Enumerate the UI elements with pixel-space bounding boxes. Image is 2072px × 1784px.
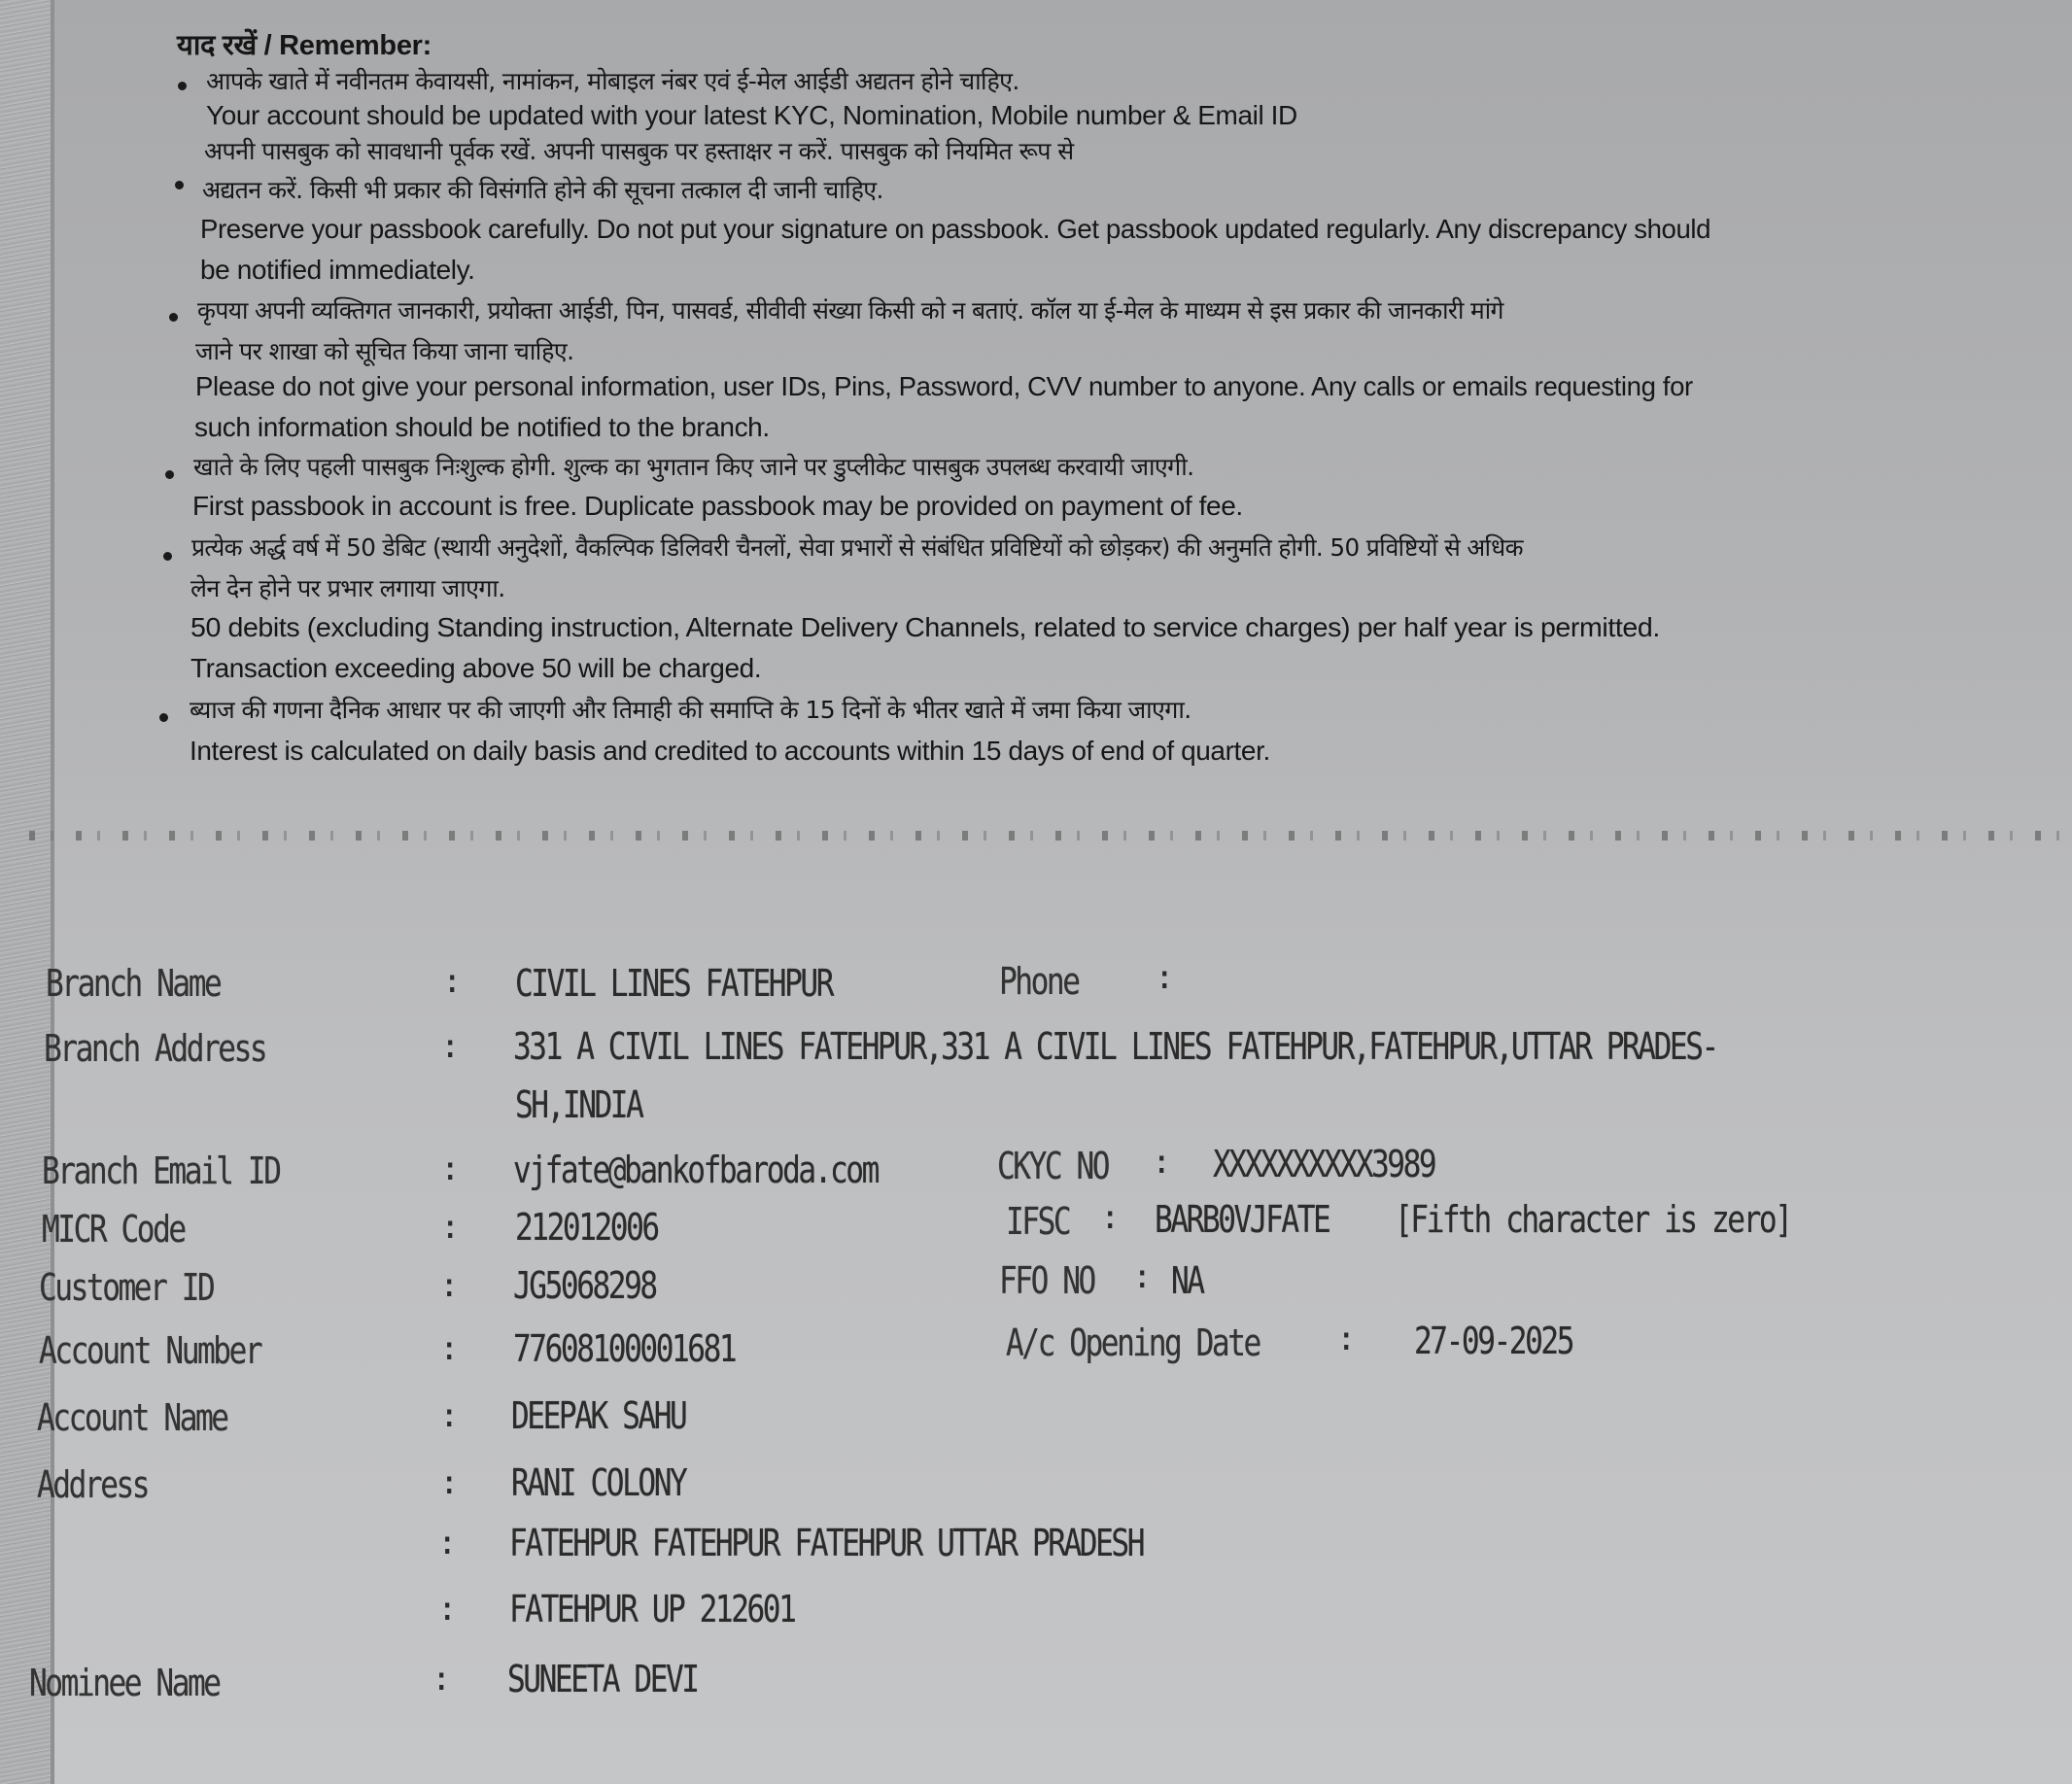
- separator: :: [439, 1463, 459, 1502]
- branch-email-value: vjfate@bankofbaroda.com: [513, 1149, 878, 1191]
- ffo-value: NA: [1171, 1259, 1203, 1302]
- opening-date-label: A/c Opening Date: [1006, 1321, 1260, 1364]
- separator: :: [442, 962, 462, 1001]
- branch-name-label: Branch Name: [46, 962, 220, 1005]
- branch-address-value-2: SH,INDIA: [515, 1083, 641, 1126]
- bullet-icon: [159, 713, 168, 722]
- notice-item-2-english-1: Preserve your passbook carefully. Do not…: [200, 214, 1710, 245]
- separator: :: [440, 1027, 460, 1066]
- bullet-icon: [165, 470, 174, 479]
- customer-id-value: JG5068298: [513, 1264, 656, 1307]
- perforation-line: [29, 831, 2070, 841]
- account-name-value: DEEPAK SAHU: [511, 1394, 685, 1437]
- separator: :: [440, 1208, 460, 1247]
- account-number-value: 77608100001681: [513, 1327, 735, 1370]
- notice-item-2-english-2: be notified immediately.: [200, 255, 474, 286]
- bullet-icon: [169, 313, 178, 322]
- notice-item-5-hindi-1: प्रत्येक अर्द्ध वर्ष में 50 डेबिट (स्थाय…: [191, 531, 1523, 564]
- separator: :: [437, 1524, 457, 1562]
- address-line-1: RANI COLONY: [511, 1461, 685, 1504]
- branch-name-value: CIVIL LINES FATEHPUR: [515, 962, 832, 1005]
- notice-item-1-hindi: आपके खाते में नवीनतम केवायसी, नामांकन, म…: [206, 64, 1019, 97]
- ifsc-note: [Fifth character is zero]: [1395, 1198, 1791, 1241]
- bullet-icon: [175, 181, 184, 189]
- address-line-2: FATEHPUR FATEHPUR FATEHPUR UTTAR PRADESH: [509, 1522, 1143, 1564]
- ckyc-label: CKYC NO: [997, 1145, 1108, 1187]
- separator: :: [1152, 1143, 1171, 1182]
- branch-address-value-1: 331 A CIVIL LINES FATEHPUR,331 A CIVIL L…: [513, 1025, 1717, 1068]
- separator: :: [1132, 1257, 1152, 1296]
- separator: :: [432, 1660, 451, 1698]
- account-number-label: Account Number: [39, 1329, 260, 1372]
- notice-item-2-hindi-1: अपनी पासबुक को सावधानी पूर्वक रखें. अपनी…: [204, 134, 1074, 167]
- micr-value: 212012006: [515, 1206, 658, 1249]
- notice-item-4-english: First passbook in account is free. Dupli…: [192, 491, 1243, 522]
- nominee-value: SUNEETA DEVI: [507, 1658, 698, 1700]
- notice-item-6-english: Interest is calculated on daily basis an…: [190, 736, 1270, 767]
- address-label: Address: [37, 1463, 148, 1506]
- notice-item-5-hindi-2: लेन देन होने पर प्रभार लगाया जाएगा.: [190, 571, 505, 604]
- notice-item-6-hindi: ब्याज की गणना दैनिक आधार पर की जाएगी और …: [190, 693, 1191, 726]
- notice-item-3-english-2: such information should be notified to t…: [194, 412, 770, 443]
- notice-item-5-english-2: Transaction exceeding above 50 will be c…: [190, 653, 761, 684]
- customer-id-label: Customer ID: [39, 1266, 213, 1309]
- branch-email-label: Branch Email ID: [42, 1149, 280, 1192]
- notice-item-3-hindi-2: जाने पर शाखा को सूचित किया जाना चाहिए.: [195, 334, 573, 367]
- ifsc-label: IFSC: [1006, 1200, 1069, 1243]
- background-surface-edge: [0, 0, 54, 1784]
- notice-item-4-hindi: खाते के लिए पहली पासबुक निःशुल्क होगी. श…: [193, 450, 1193, 483]
- phone-label: Phone: [999, 960, 1079, 1003]
- opening-date-value: 27-09-2025: [1414, 1320, 1572, 1362]
- notice-item-3-hindi-1: कृपया अपनी व्यक्तिगत जानकारी, प्रयोक्ता …: [197, 293, 1503, 326]
- notice-item-5-english-1: 50 debits (excluding Standing instructio…: [190, 612, 1660, 643]
- separator: :: [1100, 1198, 1120, 1237]
- branch-address-label: Branch Address: [44, 1027, 265, 1070]
- bullet-icon: [163, 552, 172, 561]
- nominee-label: Nominee Name: [29, 1662, 220, 1704]
- notice-item-2-hindi-2: अद्यतन करें. किसी भी प्रकार की विसंगति ह…: [202, 173, 883, 206]
- separator: :: [437, 1590, 457, 1629]
- ifsc-value: BARB0VJFATE: [1155, 1198, 1329, 1241]
- ckyc-value: XXXXXXXXXX3989: [1213, 1143, 1434, 1185]
- notice-item-3-english-1: Please do not give your personal informa…: [195, 371, 1693, 402]
- separator: :: [1155, 958, 1174, 997]
- separator: :: [439, 1396, 459, 1435]
- separator: :: [439, 1266, 459, 1305]
- account-name-label: Account Name: [37, 1396, 227, 1439]
- address-line-3: FATEHPUR UP 212601: [509, 1588, 794, 1630]
- separator: :: [439, 1329, 459, 1368]
- ffo-label: FFO NO: [999, 1259, 1094, 1302]
- bullet-icon: [178, 82, 187, 90]
- micr-label: MICR Code: [42, 1208, 185, 1251]
- separator: :: [440, 1149, 460, 1188]
- notice-title: याद रखें / Remember:: [177, 25, 432, 63]
- notice-item-1-english: Your account should be updated with your…: [206, 100, 1297, 131]
- separator: :: [1336, 1320, 1356, 1358]
